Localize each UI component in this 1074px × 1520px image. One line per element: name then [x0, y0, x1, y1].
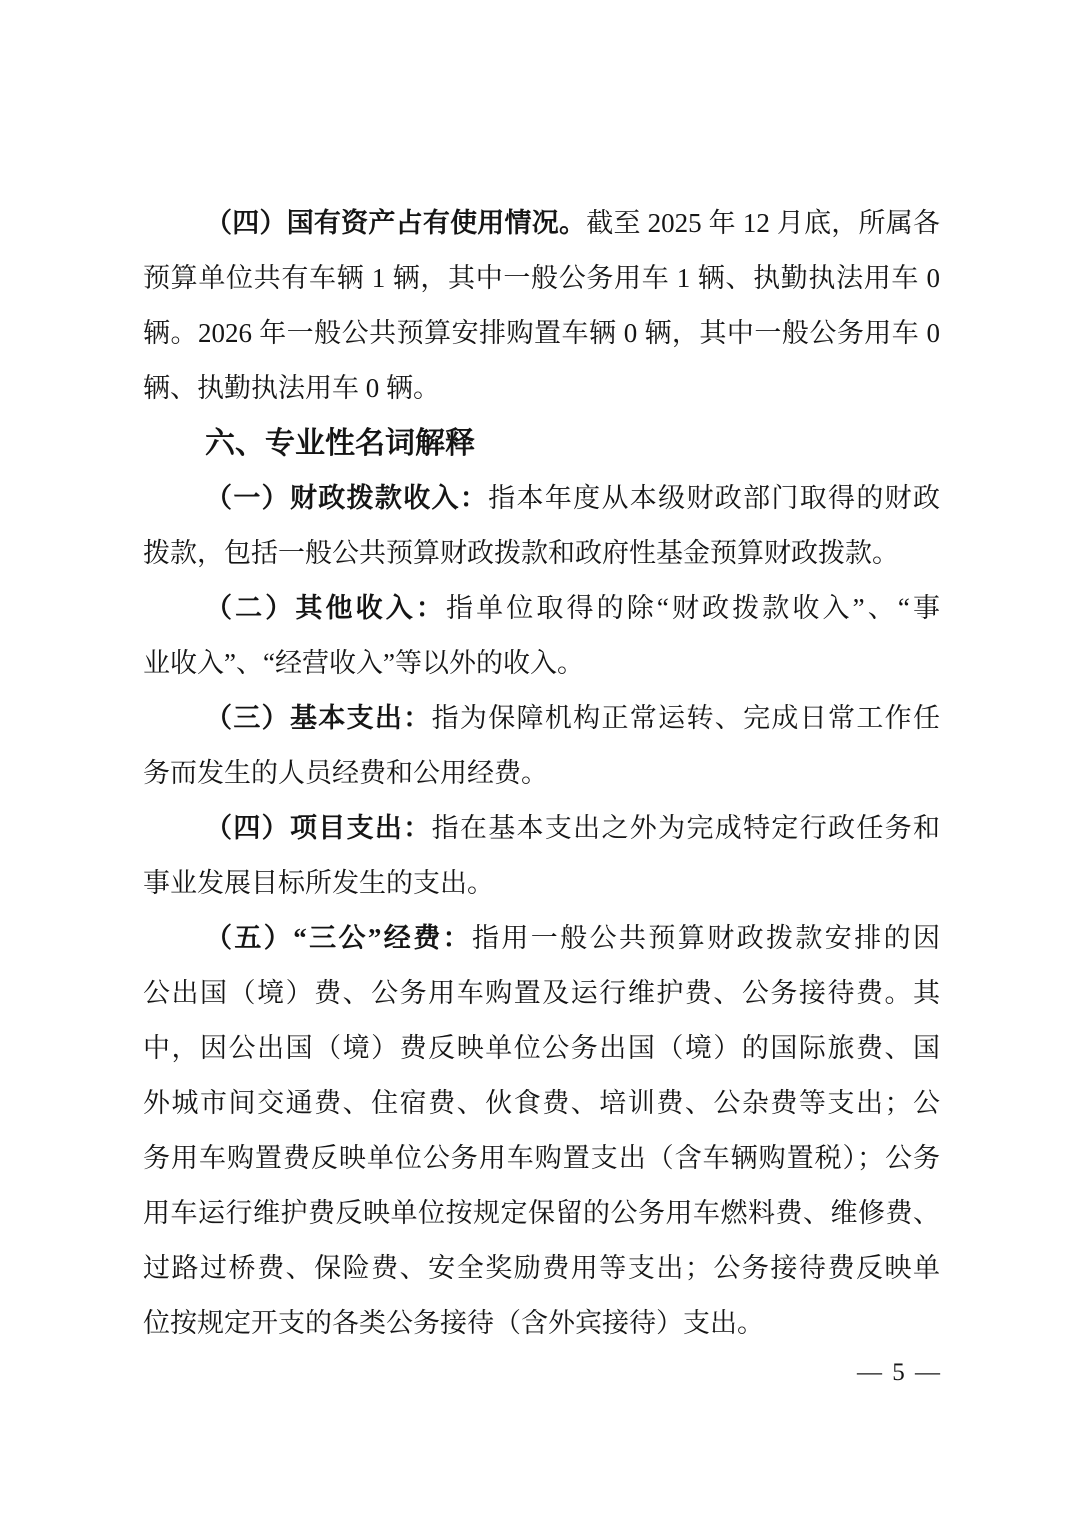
- text-line: （二）其他收入：指单位取得的除“财政拨款收入”、“事: [143, 581, 940, 636]
- bold-text-segment: （四）项目支出：: [205, 813, 432, 843]
- text-segment: 事业发展目标所发生的支出。: [143, 868, 494, 898]
- section-heading: 六、专业性名词解释: [143, 416, 940, 471]
- text-line: （四）项目支出：指在基本支出之外为完成特定行政任务和: [143, 801, 940, 856]
- text-segment: 公出国（境）费、公务用车购置及运行维护费、公务接待费。其: [143, 978, 940, 1008]
- bold-text-segment: （三）基本支出：: [205, 703, 432, 733]
- text-segment: 辆、执勤执法用车 0 辆。: [143, 373, 440, 403]
- text-line: （三）基本支出：指为保障机构正常运转、完成日常工作任: [143, 691, 940, 746]
- text-line: 中，因公出国（境）费反映单位公务出国（境）的国际旅费、国: [143, 1021, 940, 1076]
- text-line: 公出国（境）费、公务用车购置及运行维护费、公务接待费。其: [143, 966, 940, 1021]
- text-line: 外城市间交通费、住宿费、伙食费、培训费、公杂费等支出；公: [143, 1076, 940, 1131]
- text-segment: 中，因公出国（境）费反映单位公务出国（境）的国际旅费、国: [143, 1033, 940, 1063]
- text-line: 预算单位共有车辆 1 辆，其中一般公务用车 1 辆、执勤执法用车 0: [143, 251, 940, 306]
- text-segment: 辆。2026 年一般公共预算安排购置车辆 0 辆，其中一般公务用车 0: [143, 318, 940, 348]
- text-line: 务用车购置费反映单位公务用车购置支出（含车辆购置税）；公务: [143, 1131, 940, 1186]
- text-segment: 务用车购置费反映单位公务用车购置支出（含车辆购置税）；公务: [143, 1143, 940, 1173]
- text-line: 用车运行维护费反映单位按规定保留的公务用车燃料费、维修费、: [143, 1186, 940, 1241]
- bold-text-segment: （五）“三公”经费：: [205, 923, 472, 953]
- text-line: 过路过桥费、保险费、安全奖励费用等支出；公务接待费反映单: [143, 1241, 940, 1296]
- text-segment: 位按规定开支的各类公务接待（含外宾接待）支出。: [143, 1308, 764, 1338]
- text-segment: 外城市间交通费、住宿费、伙食费、培训费、公杂费等支出；公: [143, 1088, 940, 1118]
- text-line: 务而发生的人员经费和公用经费。: [143, 746, 940, 801]
- text-line: （一）财政拨款收入：指本年度从本级财政部门取得的财政: [143, 471, 940, 526]
- text-line: 拨款，包括一般公共预算财政拨款和政府性基金预算财政拨款。: [143, 526, 940, 581]
- text-line: 辆、执勤执法用车 0 辆。: [143, 361, 940, 416]
- text-line: 业收入”、“经营收入”等以外的收入。: [143, 636, 940, 691]
- bold-text-segment: （一）财政拨款收入：: [205, 483, 488, 513]
- text-segment: 指本年度从本级财政部门取得的财政: [488, 483, 940, 513]
- text-segment: 预算单位共有车辆 1 辆，其中一般公务用车 1 辆、执勤执法用车 0: [143, 263, 940, 293]
- document-body: （四）国有资产占有使用情况。截至 2025 年 12 月底，所属各预算单位共有车…: [143, 196, 940, 1351]
- text-segment: 务而发生的人员经费和公用经费。: [143, 758, 548, 788]
- text-line: 辆。2026 年一般公共预算安排购置车辆 0 辆，其中一般公务用车 0: [143, 306, 940, 361]
- text-line: 位按规定开支的各类公务接待（含外宾接待）支出。: [143, 1296, 940, 1351]
- bold-text-segment: （二）其他收入：: [205, 593, 446, 623]
- document-page: （四）国有资产占有使用情况。截至 2025 年 12 月底，所属各预算单位共有车…: [0, 0, 1074, 1520]
- text-segment: 指为保障机构正常运转、完成日常工作任: [432, 703, 940, 733]
- text-segment: 业收入”、“经营收入”等以外的收入。: [143, 648, 584, 678]
- bold-text-segment: （四）国有资产占有使用情况。: [205, 208, 586, 238]
- text-segment: 指单位取得的除“财政拨款收入”、“事: [446, 593, 940, 623]
- text-segment: 拨款，包括一般公共预算财政拨款和政府性基金预算财政拨款。: [143, 538, 899, 568]
- text-segment: 过路过桥费、保险费、安全奖励费用等支出；公务接待费反映单: [143, 1253, 940, 1283]
- text-line: （五）“三公”经费：指用一般公共预算财政拨款安排的因: [143, 911, 940, 966]
- text-segment: 指用一般公共预算财政拨款安排的因: [472, 923, 940, 953]
- text-segment: 用车运行维护费反映单位按规定保留的公务用车燃料费、维修费、: [143, 1198, 940, 1228]
- text-line: 事业发展目标所发生的支出。: [143, 856, 940, 911]
- text-segment: 指在基本支出之外为完成特定行政任务和: [432, 813, 940, 843]
- text-line: （四）国有资产占有使用情况。截至 2025 年 12 月底，所属各: [143, 196, 940, 251]
- bold-text-segment: 六、专业性名词解释: [205, 427, 475, 460]
- page-number: — 5 —: [857, 1359, 942, 1387]
- text-segment: 截至 2025 年 12 月底，所属各: [586, 208, 940, 238]
